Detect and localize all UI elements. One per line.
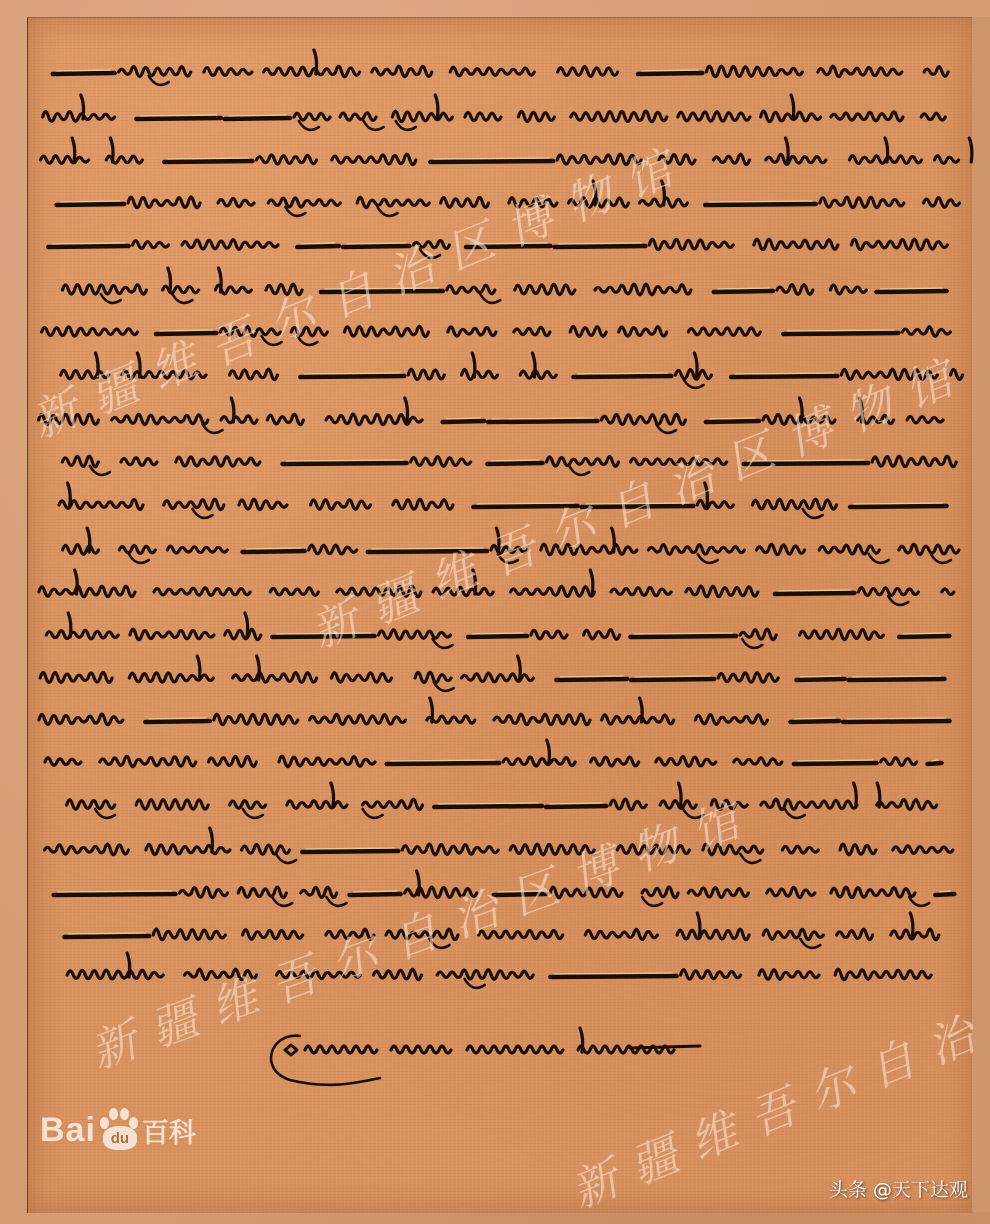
closing-signature-line xyxy=(271,1028,700,1085)
script-line xyxy=(40,656,944,691)
script-line xyxy=(53,50,948,85)
script-line xyxy=(39,698,950,725)
script-line xyxy=(46,613,949,648)
script-line xyxy=(62,268,946,303)
script-line xyxy=(67,783,937,818)
source-credit: 头条 @天下达观 xyxy=(829,1175,968,1202)
paw-icon: du xyxy=(98,1108,140,1152)
script-line xyxy=(44,828,952,863)
script-line xyxy=(59,483,947,518)
script-line xyxy=(41,138,972,165)
paw-text: du xyxy=(103,1126,137,1150)
script-line xyxy=(43,95,946,130)
script-line xyxy=(45,740,942,767)
baidu-logo-chinese: 百科 xyxy=(142,1111,196,1150)
baidu-logo-latin: Bai xyxy=(40,1111,96,1150)
baidu-baike-logo: Bai du 百科 xyxy=(40,1108,196,1152)
